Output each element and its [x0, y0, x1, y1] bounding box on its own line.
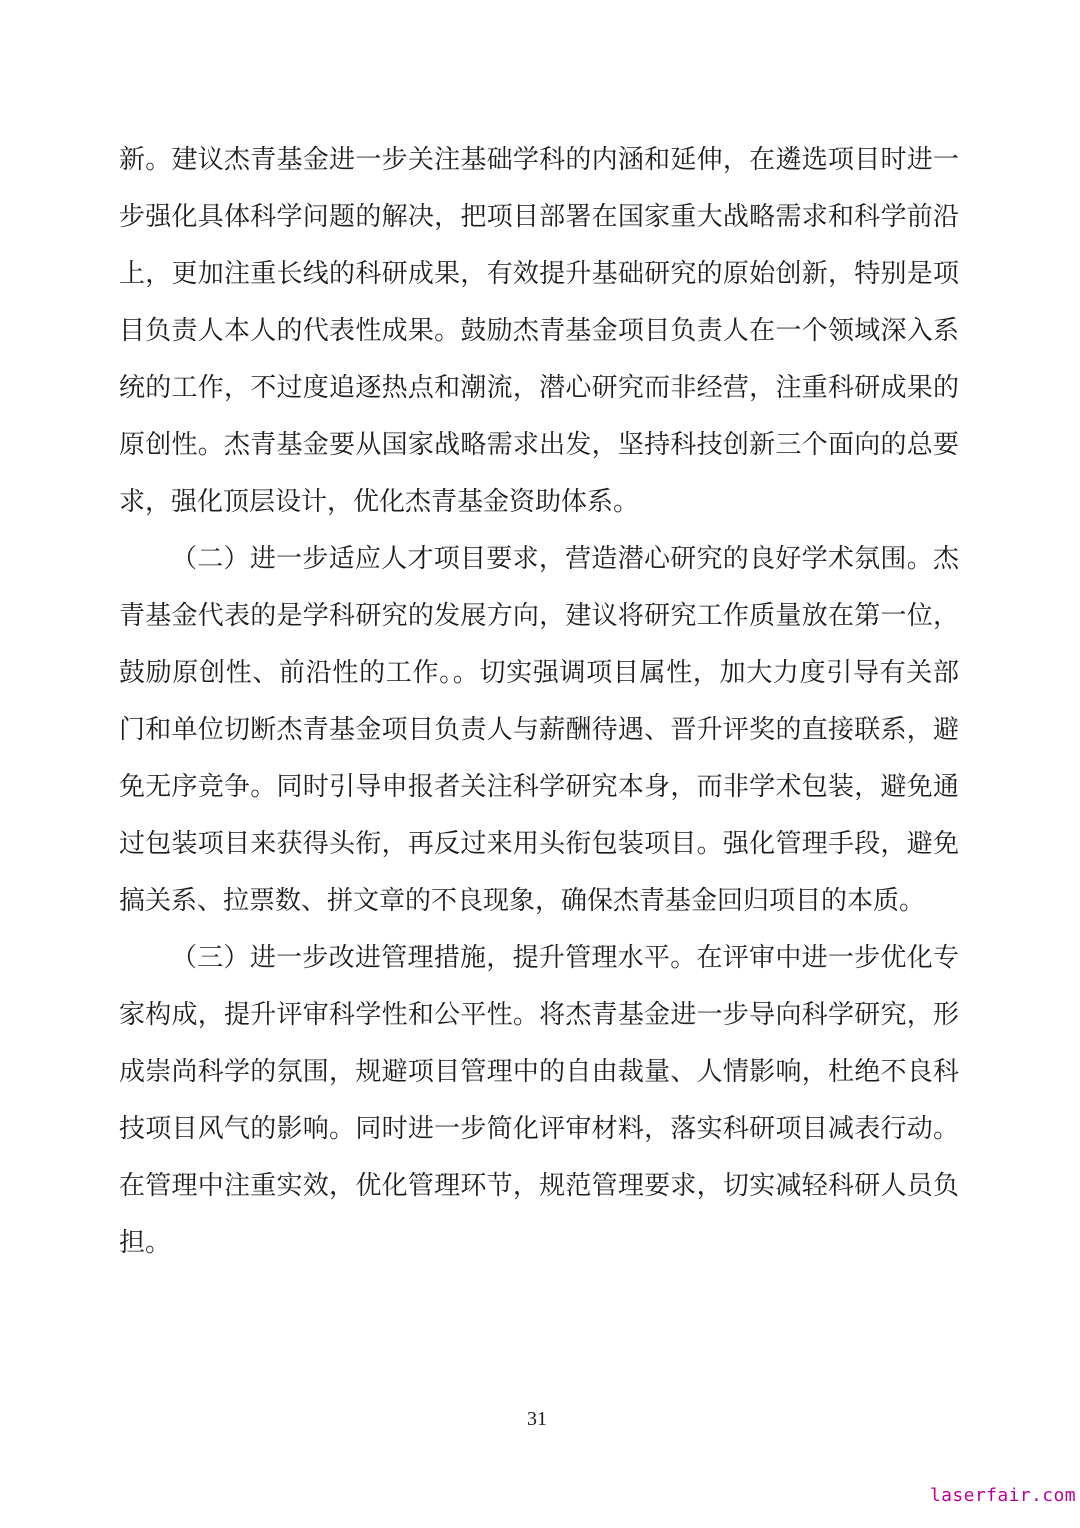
document-body: 新。建议杰青基金进一步关注基础学科的内涵和延伸，在遴选项目时进一步强化具体科学问…	[119, 131, 959, 1271]
paragraph: （二）进一步适应人才项目要求，营造潜心研究的良好学术氛围。杰青基金代表的是学科研…	[119, 530, 959, 929]
paragraph: （三）进一步改进管理措施，提升管理水平。在评审中进一步优化专家构成，提升评审科学…	[119, 929, 959, 1271]
paragraph: 新。建议杰青基金进一步关注基础学科的内涵和延伸，在遴选项目时进一步强化具体科学问…	[119, 131, 959, 530]
page-number: 31	[0, 1408, 1074, 1431]
watermark-text: laserfair.com	[930, 1485, 1076, 1506]
document-page: 新。建议杰青基金进一步关注基础学科的内涵和延伸，在遴选项目时进一步强化具体科学问…	[0, 0, 1080, 1528]
